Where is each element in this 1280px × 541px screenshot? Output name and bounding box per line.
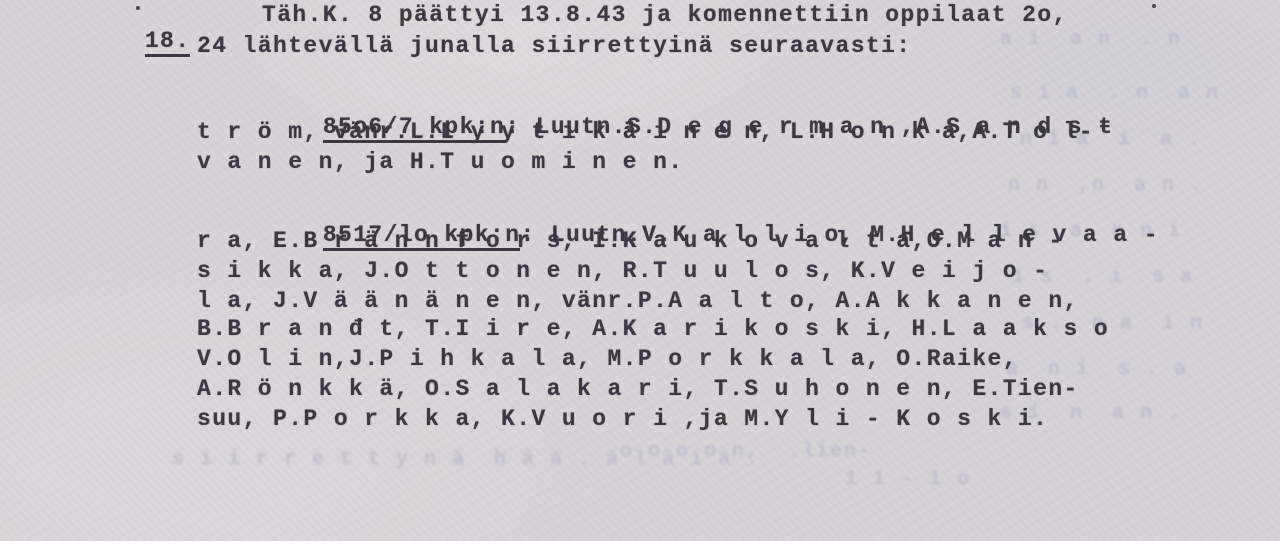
section-2-line: V.O l i n,J.P i h k a l a, M.P o r k k a… xyxy=(197,346,1018,372)
section-2-line: A.R ö n k k ä, O.S a l a k a r i, T.S u … xyxy=(197,376,1079,402)
item-number: 18. xyxy=(84,2,190,80)
ink-speck xyxy=(136,6,140,10)
ink-speck xyxy=(690,8,693,11)
item-number-text: 18. xyxy=(145,28,191,57)
section-1-line: t r ö m, vänr.L.L y y t i k ä i n e n, L… xyxy=(197,119,1094,145)
bleedthrough-text: n n ,n a n . xyxy=(1008,174,1204,197)
bleedthrough-text: s i i r r e t t y n ä h ä ä . ä l ä i ä … xyxy=(172,448,760,471)
document-page: a i a n . n s i a . n a n n i a i a . n … xyxy=(0,0,1280,541)
ink-speck xyxy=(1152,4,1156,8)
section-2-line: B.B r a n đ t, T.I i r e, A.K a r i k o … xyxy=(197,316,1109,342)
section-2-line: suu, P.P o r k k a, K.V u o r i ,ja M.Y … xyxy=(197,406,1048,432)
section-2-line: s i k k a, J.O t t o n e n, R.T u u l o … xyxy=(197,258,1048,284)
section-2-line: l a, J.V ä ä n ä n e n, vänr.P.A a l t o… xyxy=(197,288,1079,314)
section-1-line: v a n e n, ja H.T u o m i n e n. xyxy=(197,149,683,175)
bleedthrough-text: 1 1 - 1 o xyxy=(845,468,971,491)
section-2-line: r a, E.B r ä n n f o r s, I.K a u k o v … xyxy=(197,228,1064,254)
bleedthrough-text: a i a n . n xyxy=(1000,28,1182,51)
intro-line-2: 24 lähtevällä junalla siirrettyinä seura… xyxy=(197,33,912,59)
intro-line-1: Täh.K. 8 päättyi 13.8.43 ja komennettiin… xyxy=(262,2,1068,28)
